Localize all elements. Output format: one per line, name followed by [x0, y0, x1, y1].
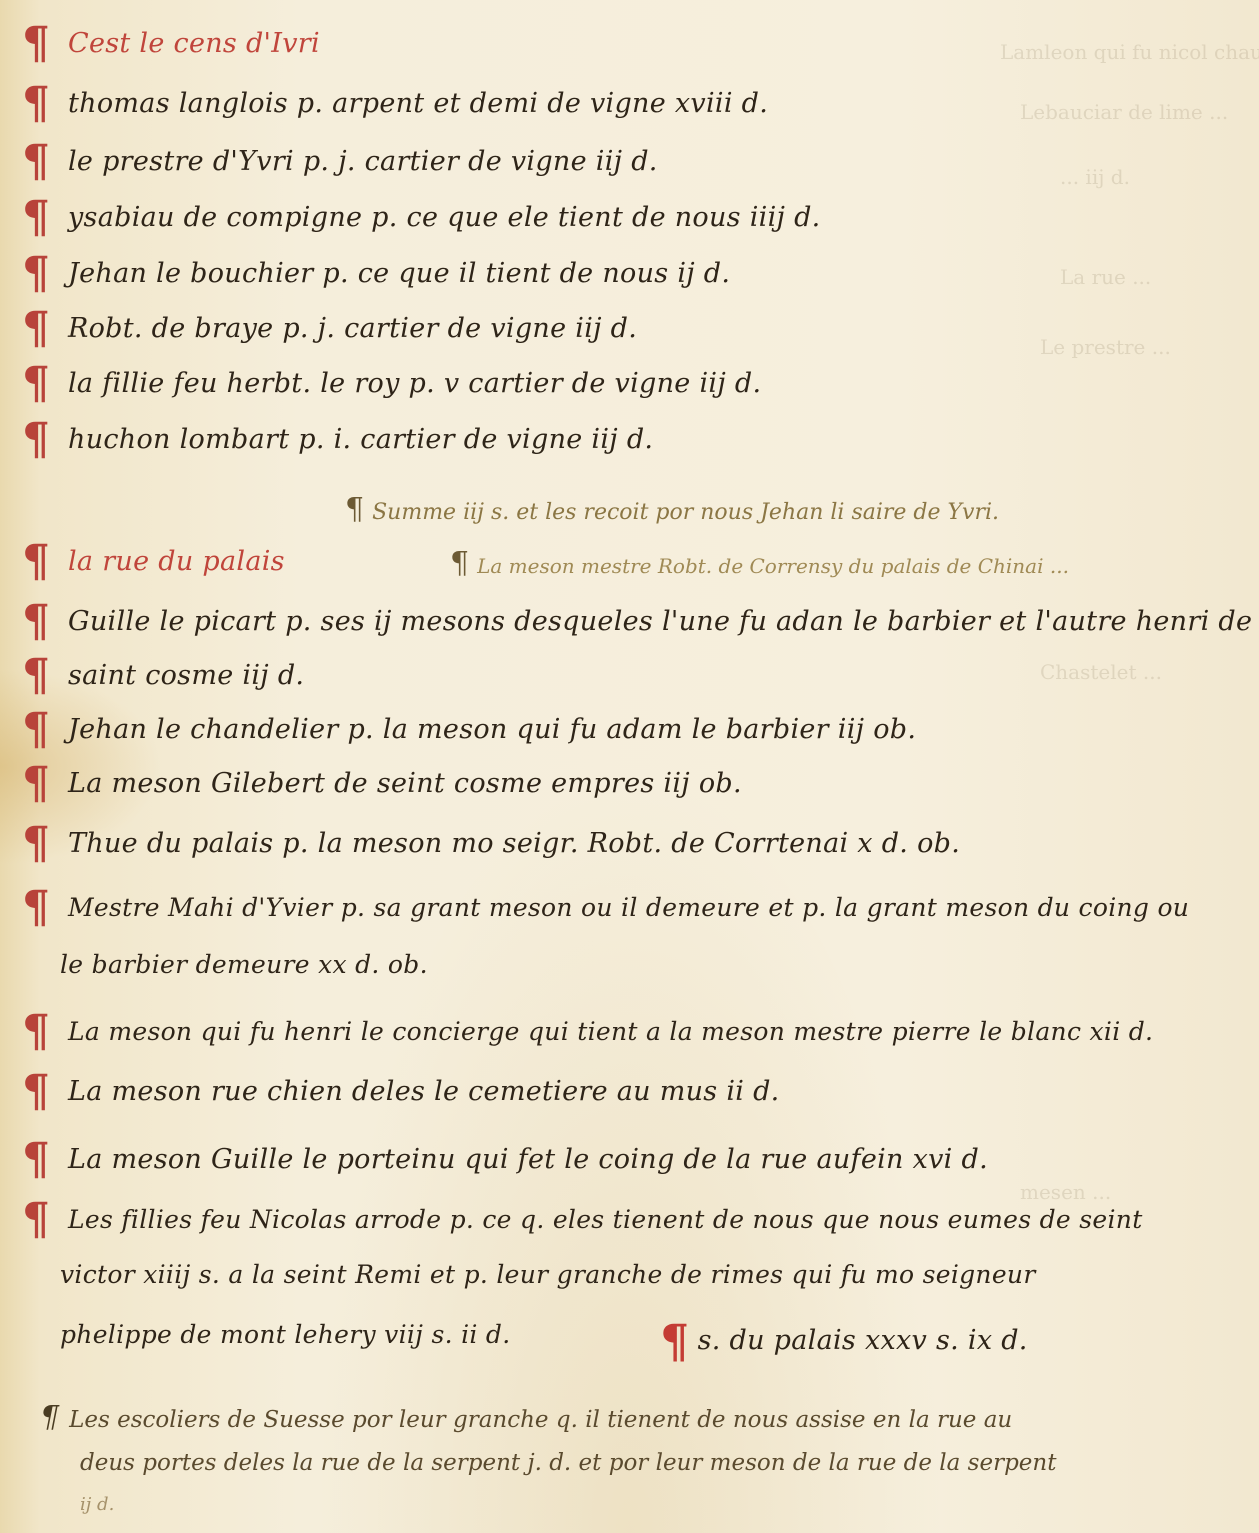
entry-line: ¶Guille le picart p. ses ij mesons desqu… [0, 600, 1252, 644]
paragraph-mark-icon: ¶ [22, 22, 62, 66]
entry-text: Guille le picart p. ses ij mesons desque… [68, 606, 1252, 637]
paragraph-mark-icon: ¶ [22, 418, 62, 462]
entry-line: ¶Thue du palais p. la meson mo seigr. Ro… [0, 822, 960, 866]
paragraph-mark-icon: ¶ [450, 546, 469, 581]
show-through-text: ... iij d. [1060, 165, 1130, 189]
entry-text: huchon lombart p. i. cartier de vigne ii… [68, 424, 653, 455]
paragraph-mark-icon: ¶ [22, 708, 62, 752]
entry-line: ¶Jehan le chandelier p. la meson qui fu … [0, 708, 916, 752]
paragraph-mark-icon: ¶ [40, 1400, 59, 1435]
rubric-text: la rue du palais [68, 546, 285, 577]
show-through-text: Le prestre ... [1040, 335, 1171, 359]
paragraph-mark-icon: ¶ [22, 307, 62, 351]
entry-line-continuation: victor xiiij s. a la seint Remi et p. le… [0, 1260, 1036, 1289]
entry-text: Jehan le bouchier p. ce que il tient de … [68, 258, 730, 289]
note-text: La meson mestre Robt. de Corrensy du pal… [477, 554, 1069, 578]
entry-text: Les fillies feu Nicolas arrode p. ce q. … [68, 1205, 1143, 1234]
entry-text: La meson rue chien deles le cemetiere au… [68, 1076, 780, 1107]
entry-line: ¶Jehan le bouchier p. ce que il tient de… [0, 252, 730, 296]
later-addition-text: Les escoliers de Suesse por leur granche… [69, 1407, 1012, 1433]
entry-text: Jehan le chandelier p. la meson qui fu a… [68, 714, 916, 745]
paragraph-mark-icon: ¶ [22, 1198, 62, 1242]
entry-line-continuation: le barbier demeure xx d. ob. [0, 950, 428, 979]
later-addition-line: ij d. [80, 1494, 114, 1515]
entry-text: Robt. de braye p. j. cartier de vigne ii… [68, 313, 637, 344]
entry-line: ¶La meson qui fu henri le concierge qui … [0, 1010, 1153, 1054]
entry-text: ysabiau de compigne p. ce que ele tient … [68, 202, 821, 233]
paragraph-mark-icon: ¶ [660, 1314, 690, 1368]
section-total: ¶s. du palais xxxv s. ix d. [660, 1314, 1028, 1368]
entry-text: la fillie feu herbt. le roy p. v cartier… [68, 368, 761, 399]
paragraph-mark-icon: ¶ [22, 1138, 62, 1182]
total-text: s. du palais xxxv s. ix d. [698, 1325, 1028, 1356]
entry-line-continuation: phelippe de mont lehery viij s. ii d. [0, 1320, 510, 1349]
entry-line: ¶Robt. de braye p. j. cartier de vigne i… [0, 307, 637, 351]
entry-line: ¶La meson rue chien deles le cemetiere a… [0, 1070, 780, 1114]
entry-text: Mestre Mahi d'Yvier p. sa grant meson ou… [68, 893, 1189, 922]
paragraph-mark-icon: ¶ [22, 886, 62, 930]
paragraph-mark-icon: ¶ [22, 654, 62, 698]
entry-line: ¶ysabiau de compigne p. ce que ele tient… [0, 196, 821, 240]
note-text: Summe iij s. et les recoit por nous Jeha… [372, 500, 999, 525]
entry-text: La meson Gilebert de seint cosme empres … [68, 768, 742, 799]
show-through-text: La rue ... [1060, 265, 1151, 289]
entry-text: Thue du palais p. la meson mo seigr. Rob… [68, 828, 960, 859]
paragraph-mark-icon: ¶ [22, 1070, 62, 1114]
entry-text: victor xiiij s. a la seint Remi et p. le… [60, 1260, 1036, 1289]
paragraph-mark-icon: ¶ [22, 196, 62, 240]
paragraph-mark-icon: ¶ [22, 1010, 62, 1054]
entry-text: phelippe de mont lehery viij s. ii d. [60, 1320, 510, 1349]
paragraph-mark-icon: ¶ [22, 82, 62, 126]
entry-text: La meson Guille le porteinu qui fet le c… [68, 1144, 988, 1175]
section-rubric: ¶la rue du palais [0, 540, 285, 584]
paragraph-mark-icon: ¶ [22, 762, 62, 806]
entry-line: ¶le prestre d'Yvri p. j. cartier de vign… [0, 140, 658, 184]
paragraph-mark-icon: ¶ [22, 140, 62, 184]
paragraph-mark-icon: ¶ [22, 600, 62, 644]
later-addition-text: deus portes deles la rue de la serpent j… [80, 1450, 1056, 1476]
paragraph-mark-icon: ¶ [22, 362, 62, 406]
section-sum-note: ¶Summe iij s. et les recoit por nous Jeh… [345, 492, 999, 527]
entry-text: le barbier demeure xx d. ob. [60, 950, 428, 979]
entry-line: ¶La meson Guille le porteinu qui fet le … [0, 1138, 988, 1182]
entry-text: thomas langlois p. arpent et demi de vig… [68, 88, 768, 119]
later-addition-text: ij d. [80, 1494, 114, 1515]
margin-note: ¶La meson mestre Robt. de Corrensy du pa… [450, 546, 1069, 581]
entry-text: La meson qui fu henri le concierge qui t… [68, 1017, 1153, 1046]
paragraph-mark-icon: ¶ [22, 822, 62, 866]
paragraph-mark-icon: ¶ [22, 540, 62, 584]
entry-line: ¶saint cosme iij d. [0, 654, 304, 698]
entry-line: ¶huchon lombart p. i. cartier de vigne i… [0, 418, 653, 462]
later-addition-line: ¶Les escoliers de Suesse por leur granch… [40, 1400, 1012, 1435]
paragraph-mark-icon: ¶ [345, 492, 364, 527]
entry-line: ¶la fillie feu herbt. le roy p. v cartie… [0, 362, 761, 406]
entry-line: ¶thomas langlois p. arpent et demi de vi… [0, 82, 768, 126]
show-through-text: Lamleon qui fu nicol chau ... [1000, 40, 1259, 64]
rubric-text: Cest le cens d'Ivri [68, 28, 320, 59]
entry-line: ¶Mestre Mahi d'Yvier p. sa grant meson o… [0, 886, 1189, 930]
later-addition-line: deus portes deles la rue de la serpent j… [80, 1450, 1056, 1476]
show-through-text: Chastelet ... [1040, 660, 1162, 684]
section-rubric: ¶Cest le cens d'Ivri [0, 22, 320, 66]
entry-line: ¶La meson Gilebert de seint cosme empres… [0, 762, 742, 806]
entry-text: saint cosme iij d. [68, 660, 304, 691]
entry-text: le prestre d'Yvri p. j. cartier de vigne… [68, 146, 658, 177]
entry-line: ¶Les fillies feu Nicolas arrode p. ce q.… [0, 1198, 1143, 1242]
show-through-text: Lebauciar de lime ... [1020, 100, 1228, 124]
paragraph-mark-icon: ¶ [22, 252, 62, 296]
